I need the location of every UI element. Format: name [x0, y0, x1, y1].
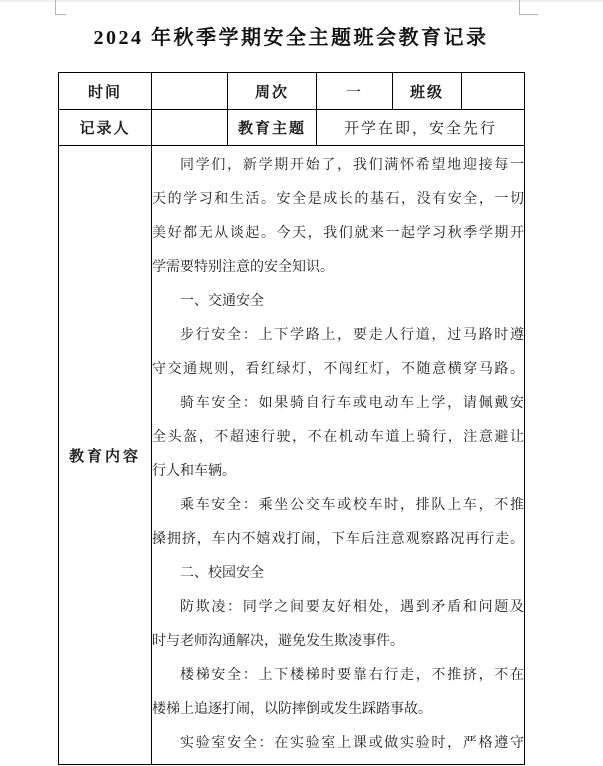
theme-value-cell: 开学在即，安全先行 [317, 110, 525, 146]
text-boundary-mark-right [519, 0, 538, 15]
week-value-cell: 一 [317, 73, 393, 110]
content-line: 行人和车辆。 [152, 455, 524, 489]
content-line: 楼梯上追逐打闹，以防摔倒或发生踩踏事故。 [152, 693, 524, 727]
content-line: 守交通规则，看红绿灯，不闯红灯，不随意横穿马路。 [152, 353, 524, 387]
document-page: 2024 年秋季学期安全主题班会教育记录 时间 周次 一 班级 记录人 教育主题… [0, 0, 603, 766]
content-line: 学需要特别注意的安全知识。 [152, 251, 524, 285]
recorder-value-cell [152, 110, 228, 146]
document-title: 2024 年秋季学期安全主题班会教育记录 [58, 21, 524, 50]
content-body-cell: 同学们，新学期开始了，我们满怀希望地迎接每一天的学习和生活。安全是成长的基石，没… [152, 146, 525, 765]
content-line: 乘车安全：乘坐公交车或校车时，排队上车，不推 [152, 489, 524, 523]
content-label-cell: 教育内容 [59, 146, 152, 765]
content-line: 一、交通安全 [152, 285, 524, 319]
content-line: 楼梯安全：上下楼梯时要靠右行走，不推挤，不在 [152, 659, 524, 693]
content-line: 美好都无从谈起。今天，我们就来一起学习秋季学期开 [152, 217, 524, 251]
content-line: 同学们，新学期开始了，我们满怀希望地迎接每一 [152, 149, 524, 183]
class-value-cell [462, 73, 525, 110]
content-line: 天的学习和生活。安全是成长的基石，没有安全，一切 [152, 183, 524, 217]
content-line: 步行安全：上下学路上，要走人行道，过马路时遵 [152, 319, 524, 353]
record-table: 时间 周次 一 班级 记录人 教育主题 开学在即，安全先行 教育内容 同学们，新… [58, 72, 525, 765]
time-label-cell: 时间 [59, 73, 152, 110]
table-row: 教育内容 同学们，新学期开始了，我们满怀希望地迎接每一天的学习和生活。安全是成长… [59, 146, 525, 765]
content-line: 实验室安全：在实验室上课或做实验时，严格遵守 [152, 727, 524, 761]
table-row: 记录人 教育主题 开学在即，安全先行 [59, 110, 525, 146]
content-line: 防欺凌：同学之间要友好相处，遇到矛盾和问题及 [152, 591, 524, 625]
content-line: 搡拥挤，车内不嬉戏打闹，下车后注意观察路况再行走。 [152, 523, 524, 557]
content-line: 骑车安全：如果骑自行车或电动车上学，请佩戴安 [152, 387, 524, 421]
recorder-label-cell: 记录人 [59, 110, 152, 146]
theme-label-cell: 教育主题 [228, 110, 317, 146]
time-value-cell [152, 73, 228, 110]
table-row: 时间 周次 一 班级 [59, 73, 525, 110]
text-boundary-mark-left [55, 0, 66, 15]
class-label-cell: 班级 [393, 73, 462, 110]
content-line: 二、校园安全 [152, 557, 524, 591]
content-line: 全头盔，不超速行驶，不在机动车道上骑行，注意避让 [152, 421, 524, 455]
content-line: 时与老师沟通解决，避免发生欺凌事件。 [152, 625, 524, 659]
window-edge-strip [0, 0, 603, 2]
week-label-cell: 周次 [228, 73, 317, 110]
